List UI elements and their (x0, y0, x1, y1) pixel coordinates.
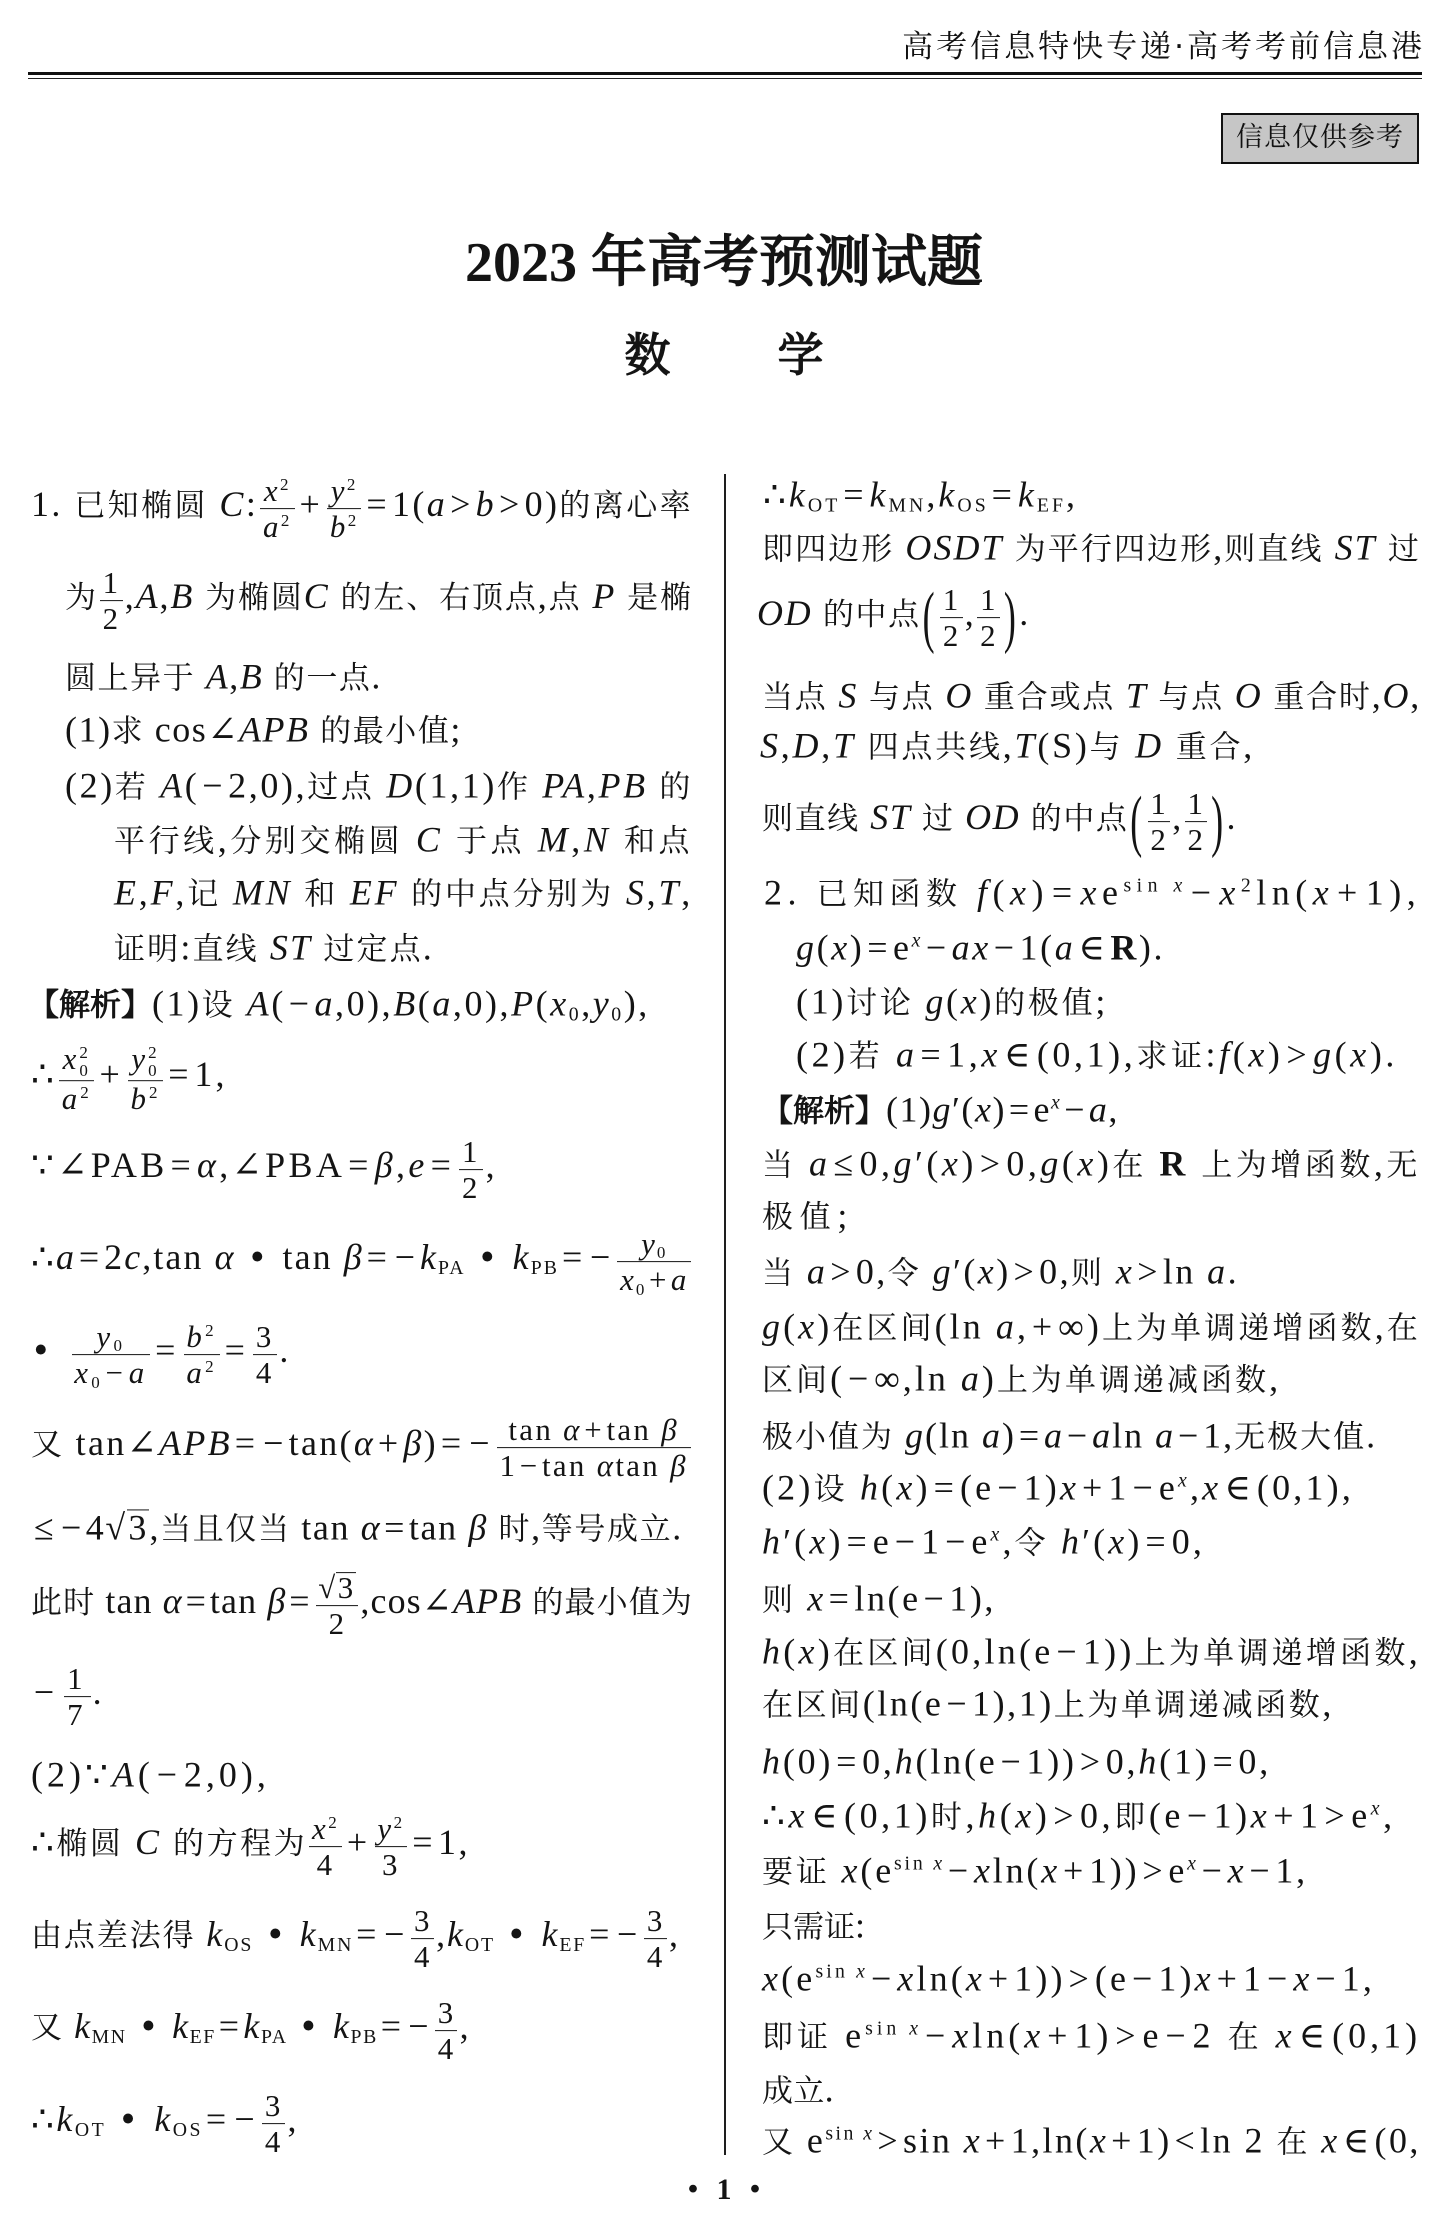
math-term: α (563, 1416, 582, 1446)
math-variable: k (420, 1237, 438, 1277)
operator: ≤ (34, 1507, 55, 1547)
operator: = (867, 927, 890, 967)
latin-text: cos∠ (144, 709, 239, 749)
multiply-dot: · (299, 1990, 322, 2063)
math-variable: T (1126, 675, 1148, 715)
denominator: 7 (64, 1698, 90, 1732)
math-variable: h (1138, 1741, 1159, 1781)
latin-text: PA (438, 1257, 466, 1279)
latin-text (106, 2099, 117, 2139)
latin-text: ( (271, 983, 286, 1023)
latin-text: 2 (281, 512, 292, 531)
operator: − (997, 1467, 1021, 1507)
operator: − (925, 2015, 949, 2055)
latin-text: 4 (86, 1507, 106, 1547)
math-term: a (1044, 1419, 1064, 1454)
latin-text: (2) (796, 1034, 849, 1074)
math-variable: x (974, 1850, 993, 1890)
math-term: S (838, 679, 858, 714)
operator: + (378, 1423, 401, 1463)
latin-text: , (218, 819, 231, 859)
superscript: 2 (328, 1816, 339, 1832)
latin-text: ln( (1256, 872, 1312, 912)
math-term: b2 (330, 514, 359, 544)
operator: − (1202, 1850, 1225, 1890)
subscript: EF (190, 2028, 216, 2047)
latin-text: 0 (611, 1004, 623, 1026)
fraction: b2a2 (184, 1320, 220, 1390)
math-text: e (1351, 1795, 1371, 1835)
latin-text: (1) (1159, 1741, 1209, 1781)
math-term: x (762, 1962, 781, 1997)
latin-text: ∵∠PAB (31, 1145, 168, 1185)
math-variable: α (215, 1237, 236, 1277)
math-term: a (1089, 1093, 1109, 1128)
math-text: e (971, 1521, 990, 1561)
math-term: x (1248, 1038, 1268, 1073)
latin-text: , (160, 576, 171, 616)
subscript: 0 (79, 1062, 91, 1080)
latin-text: , (436, 1914, 447, 1954)
superscript: 2 (205, 1324, 217, 1340)
operator: + (1217, 1958, 1240, 1998)
math-term: APB (159, 1427, 232, 1462)
math-term: kOT (56, 2103, 106, 2138)
notice-badge: 信息仅供参考 (1221, 113, 1419, 164)
subscript: PB (351, 2028, 378, 2047)
math-term: y0 (593, 987, 624, 1022)
math-term: x (1015, 1799, 1035, 1834)
math-term: kOS (206, 1918, 253, 1953)
numerator: 1 (459, 1135, 483, 1170)
math-term: x0 (550, 987, 581, 1022)
superscript: x (1187, 1855, 1199, 1874)
operator: = (431, 1145, 455, 1185)
operator: + (988, 1958, 1011, 1998)
math-variable: b (476, 484, 496, 524)
math-variable: x (1174, 875, 1188, 897)
fraction: 12 (459, 1135, 483, 1205)
latin-text (288, 2006, 299, 2046)
superscript: sin x (865, 2020, 922, 2039)
math-term: x (942, 1147, 961, 1182)
math-variable: APB (159, 1423, 232, 1463)
question-2-solution-line: (2)设 h(x)=(e−1)x+1−ex,x∈(0,1), (762, 1466, 1354, 1509)
latin-text (149, 765, 161, 805)
math-term: O (1235, 679, 1263, 714)
superscript: sin x (1123, 877, 1187, 896)
superscript: 2 (1241, 877, 1256, 896)
latin-text (338, 872, 350, 912)
math-variable: x (1321, 2120, 1339, 2160)
math-variable: g (933, 1089, 953, 1129)
latin-text: ) (1097, 1143, 1112, 1183)
math-variable: k (172, 2006, 190, 2046)
math-term: kOT (789, 478, 840, 513)
math-term: x (1077, 1147, 1096, 1182)
latin-text: , (1409, 1631, 1421, 1671)
question-1-solution-line: 当点 S 与点 O 重合或点 T 与点 O 重合时,O, (762, 674, 1421, 717)
fraction: 34 (435, 1996, 457, 2066)
operator: + (1047, 2015, 1071, 2055)
math-variable: x (863, 2123, 874, 2145)
latin-text: 1)) (1083, 1631, 1135, 1671)
latin-text: 2 (148, 1043, 160, 1062)
separator-dot: · (746, 2161, 762, 2219)
latin-text: 3 (256, 1319, 275, 1354)
math-term: x (912, 932, 923, 951)
question-1-solution-line: ∵∠PAB=α,∠PBA=β,e=12, (31, 1135, 498, 1205)
math-variable: y (593, 983, 612, 1023)
latin-text: (1,1) (415, 765, 497, 805)
latin-text (616, 576, 627, 616)
numerator: √3 (316, 1571, 359, 1606)
header-rule-thick (28, 72, 1422, 75)
operator: = (225, 1330, 249, 1370)
latin-text: ) (1031, 872, 1048, 912)
operator: > (1053, 1795, 1077, 1835)
denominator: 4 (309, 1848, 342, 1882)
latin-text: 2 (80, 1083, 92, 1102)
latin-text: , (581, 983, 593, 1023)
math-variable: APB (239, 709, 310, 749)
latin-text: 2 (205, 1321, 217, 1340)
superscript: x (991, 1526, 1003, 1545)
latin-text: ( (993, 872, 1010, 912)
math-term: β (375, 1149, 396, 1184)
superscript: x (1371, 1800, 1383, 1819)
numerator: 3 (435, 1996, 457, 2031)
fraction: y23 (375, 1812, 408, 1882)
numerator: x2 (309, 1812, 342, 1847)
latin-text: ( (1335, 1034, 1351, 1074)
latin-text: sin (815, 1961, 856, 1983)
math-term: kPB (333, 2010, 378, 2045)
math-term: C (219, 488, 245, 523)
latin-text: 1 (1243, 1958, 1264, 1998)
operator: − (408, 2006, 430, 2046)
latin-text: ,0), (335, 983, 393, 1023)
latin-text (1310, 2120, 1321, 2160)
math-variable: x (978, 1251, 996, 1291)
latin-text: 1 (462, 1134, 481, 1169)
latin-text: , (571, 819, 584, 859)
latin-text: 0, (1106, 1741, 1139, 1781)
math-term: x (1293, 1962, 1312, 1997)
math-term: a (961, 1362, 982, 1397)
math-term: a (1207, 1255, 1227, 1290)
question-1-stem: 圆上异于 A,B 的一点. (65, 655, 382, 698)
fraction: 12 (1148, 787, 1170, 857)
latin-text (1020, 797, 1031, 837)
subscript: 0 (113, 1340, 125, 1356)
latin-text (894, 1415, 905, 1455)
math-term: a2 (263, 514, 292, 544)
math-variable: x (964, 2120, 982, 2160)
latin-text (525, 819, 538, 859)
math-term: α (215, 1241, 236, 1276)
operator: = (170, 1145, 194, 1185)
operator: − (1000, 1741, 1023, 1781)
math-variable: h (895, 1741, 916, 1781)
latin-text: ∴ (762, 1795, 788, 1835)
latin-text: ′( (953, 1251, 978, 1291)
latin-text: , (669, 1914, 680, 1954)
math-term: OSDT (905, 531, 1003, 566)
math-term: a (807, 1255, 827, 1290)
math-variable: B (170, 576, 194, 616)
math-variable: EF (350, 872, 400, 912)
latin-text (796, 1578, 808, 1618)
operator: > (499, 484, 522, 524)
operator: − (926, 927, 949, 967)
math-variable: k (206, 1914, 224, 1954)
math-term: x (863, 2125, 874, 2144)
sub-superscript: 20 (148, 1044, 160, 1079)
latin-text (127, 2006, 138, 2046)
math-term: β (468, 1511, 488, 1546)
analysis-label: 【解析】 (28, 987, 152, 1023)
operator: = (206, 2099, 229, 2139)
math-term: x (1251, 1799, 1271, 1834)
math-variable: x (933, 1853, 945, 1875)
latin-text: , (965, 593, 976, 633)
latin-text: PB (351, 2026, 378, 2048)
latin-text: ,cos∠ (360, 1581, 453, 1621)
operator: = (934, 1467, 958, 1507)
fraction: √32 (316, 1571, 359, 1641)
latin-text: 1, (194, 1054, 227, 1094)
math-variable: ax (952, 927, 991, 967)
latin-text: tan∠ (64, 1423, 159, 1463)
math-variable: x (912, 930, 923, 952)
latin-text: ln (1163, 1251, 1207, 1291)
operator: = (186, 1581, 207, 1621)
math-variable: a (809, 1143, 831, 1183)
math-variable: P (511, 983, 536, 1023)
math-variable: k (541, 1914, 559, 1954)
math-variable: e (408, 1145, 427, 1185)
math-variable: x (1293, 1958, 1312, 1998)
question-1-solution-line: 此时 tan α=tan β=√32,cos∠APB 的最小值为 (31, 1571, 693, 1641)
latin-text: ln( (916, 1958, 965, 1998)
subscript: OT (465, 1936, 495, 1955)
operator: − (945, 1521, 968, 1561)
operator: = (562, 1237, 584, 1277)
math-variable: g (762, 1306, 783, 1346)
question-2-stem: 2. 已知函数 f(x)=xesin x−x2ln(x+1), (764, 871, 1421, 914)
math-term: x (961, 985, 980, 1020)
latin-text: tan (508, 1412, 563, 1447)
math-variable: x (809, 1521, 828, 1561)
math-variable: a (263, 510, 281, 545)
latin-text: ( (1000, 1795, 1016, 1835)
math-term: ex (1351, 1799, 1383, 1834)
fraction: 12 (100, 566, 123, 636)
math-variable: x (1081, 872, 1102, 912)
denominator: a2 (184, 1356, 220, 1390)
math-variable: x (1108, 1521, 1127, 1561)
operator: ≤ (833, 1143, 856, 1183)
latin-text: , (1003, 725, 1015, 765)
math-variable: f (1219, 1034, 1233, 1074)
math-term: g (1040, 1147, 1062, 1182)
latin-text (582, 576, 593, 616)
operator: = (843, 474, 866, 514)
operator: = (1145, 1521, 1168, 1561)
math-variable: β (267, 1581, 286, 1621)
latin-text: 0, (1006, 1143, 1040, 1183)
math-term: T (833, 729, 856, 764)
math-variable: α (597, 1449, 616, 1484)
math-variable: S (760, 725, 781, 765)
latin-text: 2 (1188, 823, 1205, 858)
fraction: x2a2 (260, 474, 294, 544)
latin-text (648, 765, 660, 805)
math-variable: x (550, 983, 569, 1023)
latin-text: 4 (414, 1940, 431, 1975)
math-variable: A (160, 765, 185, 805)
latin-text: . (1227, 797, 1238, 837)
latin-text (1123, 725, 1135, 765)
latin-text (310, 709, 321, 749)
latin-text: 2,0), (184, 1754, 270, 1794)
operator: = (356, 1914, 378, 1954)
math-term: x (909, 2020, 922, 2039)
latin-text: EF (1037, 495, 1066, 517)
operator: < (1175, 2120, 1198, 2160)
operator: = (219, 2006, 241, 2046)
question-2-solution-line: ∴x∈(0,1)时,h(x)>0,即(e−1)x+1>ex, (762, 1794, 1396, 1837)
latin-text: ln 2 (1200, 2120, 1276, 2160)
latin-text: OS (224, 1934, 253, 1956)
math-term: kOS (154, 2103, 203, 2138)
math-variable: y (96, 1319, 113, 1354)
right-paren: ) (1004, 577, 1018, 659)
math-term: x (831, 931, 850, 966)
operator: − (895, 1521, 918, 1561)
header-rule-thin (28, 78, 1422, 79)
math-variable: f (977, 872, 993, 912)
latin-text: , (1269, 1358, 1281, 1398)
operator: ∈ (1299, 2015, 1330, 2055)
operator: + (99, 1054, 122, 1094)
numerator: y0 (617, 1227, 691, 1262)
site-title: 高考信息特快专递·高考考前信息港 (902, 28, 1425, 66)
math-variable: x (909, 2018, 922, 2040)
math-term: a2 (62, 1085, 92, 1115)
fraction: 17 (64, 1662, 90, 1732)
square-root: √3 (105, 1511, 149, 1546)
latin-text: 4 (265, 2125, 283, 2160)
math-term: B (393, 987, 418, 1022)
operator: = (79, 1237, 101, 1277)
latin-text (963, 872, 978, 912)
question-2-solution-line: h(0)=0,h(ln(e−1))>0,h(1)=0, (762, 1740, 1271, 1783)
math-term: x (974, 1854, 993, 1889)
superscript: 2 (79, 1044, 91, 1062)
latin-text (1104, 1251, 1115, 1291)
math-term: x2 (312, 1815, 339, 1845)
latin-text (57, 1330, 69, 1370)
math-term: g (894, 1147, 916, 1182)
latin-text: , (926, 474, 938, 514)
math-term: A (206, 660, 230, 695)
latin-text: 1, (1275, 1850, 1308, 1890)
operator: > (1137, 1251, 1160, 1291)
math-variable: y (331, 473, 347, 508)
latin-text: 1 (1150, 786, 1167, 821)
denominator: b2 (128, 1081, 163, 1115)
math-term: x (1081, 876, 1102, 911)
question-2-solution-line: 【解析】(1)g′(x)=ex−a, (762, 1088, 1119, 1131)
latin-text: , (1066, 474, 1078, 514)
latin-text (795, 1251, 806, 1291)
math-variable: β (468, 1507, 488, 1547)
math-term: x0 (74, 1360, 103, 1390)
numerator: y0 (72, 1320, 151, 1355)
math-variable: h (762, 1521, 783, 1561)
math-term: kEF (1018, 478, 1066, 513)
latin-text: (2) (65, 765, 115, 805)
latin-text (1115, 675, 1126, 715)
math-variable: OD (965, 797, 1020, 837)
latin-text: , (647, 872, 659, 912)
multiply-dot: · (138, 1990, 161, 2063)
parenthesized-group: (12,12) (1128, 801, 1226, 836)
math-term: OD (757, 597, 812, 632)
math-variable: k (938, 474, 957, 514)
math-term: D (386, 769, 415, 804)
math-term: β (670, 1453, 688, 1483)
math-variable: y (641, 1226, 657, 1261)
math-variable: g (894, 1143, 916, 1183)
operator: + (1063, 1850, 1086, 1890)
latin-text: ( (138, 1754, 154, 1794)
fraction: 12 (940, 583, 962, 653)
denominator: 2 (459, 1171, 483, 1205)
latin-text: ∴ (31, 1054, 57, 1094)
latin-text: 1, (1203, 1415, 1234, 1455)
latin-text (522, 1581, 532, 1621)
math-term: x (807, 1582, 826, 1617)
latin-text: , (1375, 1306, 1387, 1346)
math-variable: a (186, 1356, 205, 1391)
numerator: 1 (64, 1662, 90, 1697)
math-term: B (240, 660, 264, 695)
latin-text: , (288, 2099, 299, 2139)
math-term: M (538, 823, 572, 858)
latin-text (289, 1914, 300, 1954)
latin-text: 1, (1342, 1958, 1375, 1998)
numerator: x20 (59, 1042, 94, 1081)
latin-text (914, 981, 926, 1021)
latin-text: 0 (569, 1004, 581, 1026)
question-2-solution-line: g(x)在区间(ln a,+∞)上为单调递增函数,在 (762, 1305, 1421, 1348)
math-variable: β (375, 1145, 396, 1185)
radical-sign-icon: √ (318, 1570, 336, 1605)
math-term: a (432, 987, 453, 1022)
latin-text: 2 (149, 1083, 161, 1102)
fraction: y20b2 (128, 1042, 163, 1116)
operator: = (836, 1741, 859, 1781)
math-term: c (124, 1241, 142, 1276)
operator: − (1315, 1958, 1338, 1998)
latin-text (1377, 527, 1388, 567)
math-variable: α (563, 1412, 582, 1447)
operator: − (590, 1237, 612, 1277)
latin-text: (S) (1037, 725, 1089, 765)
